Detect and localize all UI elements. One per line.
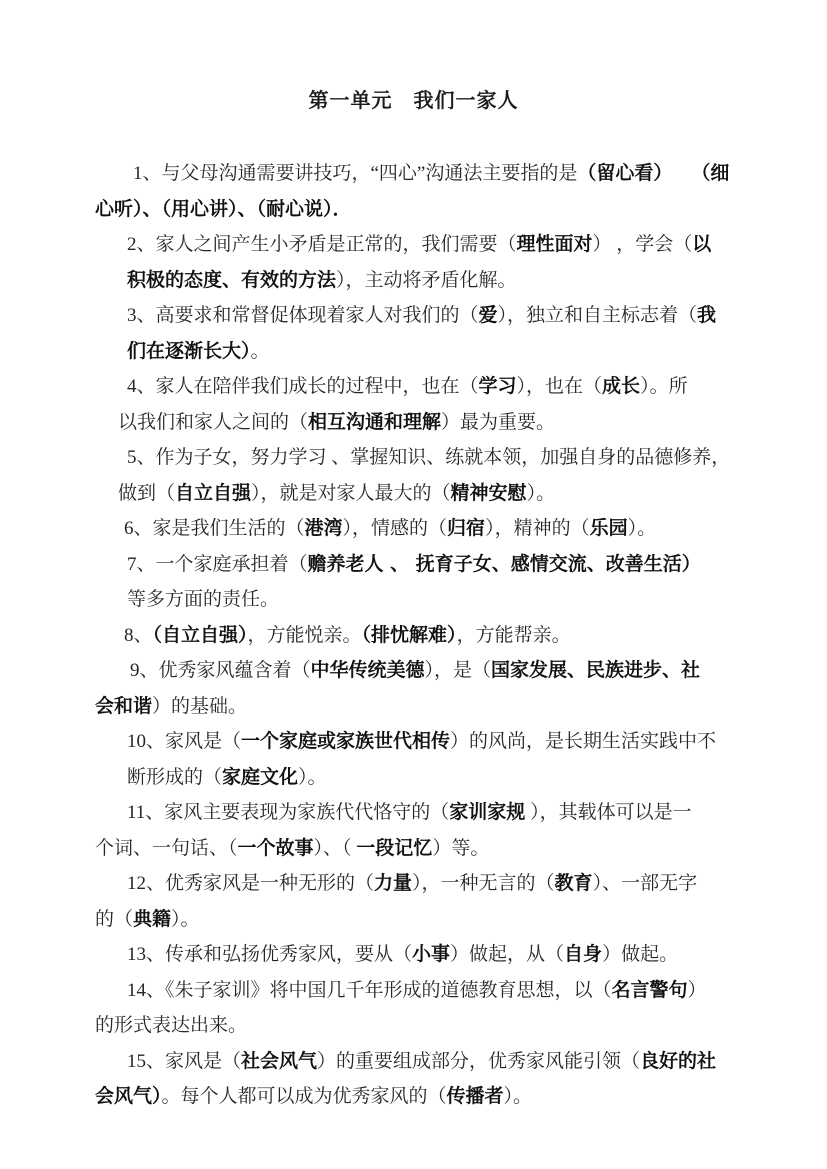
body-text: ），一种无言的（ <box>412 873 555 894</box>
body-text: ），其载体可以是一 <box>525 802 691 823</box>
body-text: ），独立和自主标志着（ <box>498 305 698 326</box>
answer-text: 学习 <box>479 375 517 397</box>
text-line: 会和谐）的基础。 <box>95 689 755 725</box>
body-text: 的（ <box>95 909 133 930</box>
text-line: 等多方面的责任。 <box>95 582 755 618</box>
answer-text: 赡养老人 、 抚育子女、感情交流、改善生活） <box>308 553 701 575</box>
answer-text: 会和谐 <box>95 695 152 717</box>
answer-text: 成长 <box>602 375 640 397</box>
body-text: ）、（ <box>314 838 357 859</box>
answer-text: 以 <box>692 233 711 255</box>
answer-text: （自立自强） <box>153 624 248 646</box>
body-text: ）。 <box>171 909 200 930</box>
body-text: 。 <box>251 341 270 362</box>
text-line: 们在逐渐长大）。 <box>95 334 755 370</box>
answer-text: 积极的态度、有效的方法 <box>127 269 336 291</box>
text-line: 以我们和家人之间的（相互沟通和理解）最为重要。 <box>95 405 755 441</box>
body-text: 以我们和家人之间的（ <box>118 412 308 433</box>
answer-text: （排忧解难） <box>362 624 457 646</box>
answer-text: 社会风气 <box>241 1050 317 1072</box>
answer-text: 理性面对 <box>517 233 593 255</box>
body-text: ），情感的（ <box>343 518 448 539</box>
body-text: ）的风尚，是长期生活实践中不 <box>450 731 716 752</box>
body-text: ）。 <box>527 483 556 504</box>
body-text: 。每个人都可以成为优秀家风的（ <box>162 1086 447 1107</box>
answer-text: 相互沟通和理解 <box>308 411 441 433</box>
text-line: 1、与父母沟通需要讲技巧，“四心”沟通法主要指的是（留心看） （细 <box>95 156 755 192</box>
body-text: 15、家风是（ <box>127 1051 241 1072</box>
text-line: 4、家人在陪伴我们成长的过程中，也在（学习），也在（成长）。所 <box>95 369 755 405</box>
answer-text: 家训家规 <box>449 801 525 823</box>
text-line: 11、家风主要表现为家族代代恪守的（家训家规 ），其载体可以是一 <box>95 795 755 831</box>
body-text: ，方能悦亲。 <box>248 625 362 646</box>
text-line: 12、优秀家风是一种无形的（力量），一种无言的（教育）、一部无字 <box>95 866 755 902</box>
body-text: 的形式表达出来。 <box>95 1015 247 1036</box>
answer-text: 精神安慰 <box>451 482 527 504</box>
body-text: 1、与父母沟通需要讲技巧，“四心”沟通法主要指的是 <box>133 163 577 184</box>
body-text: 9、优秀家风蕴含着（ <box>130 660 311 681</box>
body-text: 3、高要求和常督促体现着家人对我们的（ <box>127 305 479 326</box>
body-text: ）。 <box>298 767 327 788</box>
answer-text: 小事 <box>412 943 450 965</box>
answer-text: 力量 <box>374 872 412 894</box>
body-text: 11、家风主要表现为家族代代恪守的（ <box>127 802 449 823</box>
body-text: 6、家是我们生活的（ <box>124 518 305 539</box>
text-line: 的形式表达出来。 <box>95 1008 755 1044</box>
body-text: ）最为重要。 <box>441 412 555 433</box>
body-text: ）做起，从（ <box>450 944 564 965</box>
answer-text: 传播者 <box>447 1085 504 1107</box>
body-text: ）等。 <box>432 838 489 859</box>
answer-text: （细 <box>701 162 730 184</box>
body-text: 14、《朱子家训》将中国几千年形成的道德教育思想，以（ <box>127 980 612 1001</box>
answer-text: 国家发展、民族进步、社 <box>491 659 700 681</box>
answer-text: 会风气） <box>95 1085 162 1107</box>
text-line: 15、家风是（社会风气）的重要组成部分，优秀家风能引领（良好的社 <box>95 1044 755 1080</box>
body-text: ），主动将矛盾化解。 <box>336 270 517 291</box>
text-line: 2、家人之间产生小矛盾是正常的，我们需要（理性面对） ，学会（以 <box>95 227 755 263</box>
answer-text: 们在逐渐长大） <box>127 340 251 362</box>
text-line: 9、优秀家风蕴含着（中华传统美德），是（国家发展、民族进步、社 <box>95 653 755 689</box>
text-line: 8、（自立自强），方能悦亲。（排忧解难），方能帮亲。 <box>95 618 755 654</box>
body-text: 4、家人在陪伴我们成长的过程中，也在（ <box>127 376 479 397</box>
document-body: 1、与父母沟通需要讲技巧，“四心”沟通法主要指的是（留心看） （细心听）、（用心… <box>95 156 755 1115</box>
body-text: 10、家风是（ <box>127 731 241 752</box>
answer-text: 一个家庭或家族世代相传 <box>241 730 450 752</box>
answer-text: 一个故事 <box>238 837 314 859</box>
answer-text: 归宿 <box>447 517 485 539</box>
body-text: ），精神的（ <box>485 518 590 539</box>
answer-text: 自立自强 <box>175 482 251 504</box>
text-line: 7、一个家庭承担着（赡养老人 、 抚育子女、感情交流、改善生活） <box>95 547 755 583</box>
body-text: ） ，学会（ <box>593 234 693 255</box>
body-text: 2、家人之间产生小矛盾是正常的，我们需要（ <box>127 234 517 255</box>
body-text <box>663 163 701 184</box>
text-line: 10、家风是（一个家庭或家族世代相传）的风尚，是长期生活实践中不 <box>95 724 755 760</box>
text-line: 做到（自立自强），就是对家人最大的（精神安慰）。 <box>95 476 755 512</box>
body-text: 断形成的（ <box>127 767 222 788</box>
body-text: ，方能帮亲。 <box>457 625 571 646</box>
body-text: ） <box>688 980 707 1001</box>
answer-text: 我 <box>697 304 716 326</box>
answer-text: 名言警句 <box>612 979 688 1001</box>
answer-text: 典籍 <box>133 908 171 930</box>
text-line: 5、作为子女，努力学习 、掌握知识、练就本领，加强自身的品德修养， <box>95 440 755 476</box>
body-text: 8、 <box>124 625 153 646</box>
answer-text: 一段记忆 <box>356 837 432 859</box>
body-text: ）。 <box>504 1086 533 1107</box>
text-line: 14、《朱子家训》将中国几千年形成的道德教育思想，以（名言警句） <box>95 973 755 1009</box>
text-line: 会风气）。每个人都可以成为优秀家风的（传播者）。 <box>95 1079 755 1115</box>
body-text: 12、优秀家风是一种无形的（ <box>127 873 374 894</box>
answer-text: 中华传统美德 <box>311 659 425 681</box>
answer-text: 爱 <box>479 304 498 326</box>
body-text: 做到（ <box>118 483 175 504</box>
body-text: ），也在（ <box>517 376 603 397</box>
body-text: ）。 <box>628 518 657 539</box>
text-line: 的（典籍）。 <box>95 902 755 938</box>
answer-text: （留心看） <box>577 162 663 184</box>
answer-text: 心听）、（用心讲）、（耐心说）． <box>95 198 352 220</box>
text-line: 个词、一句话、（一个故事）、（ 一段记忆）等。 <box>95 831 755 867</box>
body-text: 7、一个家庭承担着（ <box>127 554 308 575</box>
body-text: ）的重要组成部分，优秀家风能引领（ <box>317 1051 640 1072</box>
body-text: ），是（ <box>425 660 492 681</box>
page-title: 第一单元 我们一家人 <box>0 0 827 114</box>
document-page: 第一单元 我们一家人 1、与父母沟通需要讲技巧，“四心”沟通法主要指的是（留心看… <box>0 0 827 1169</box>
answer-text: 良好的社 <box>640 1050 716 1072</box>
body-text: 5、作为子女，努力学习 、掌握知识、练就本领，加强自身的品德修养， <box>127 447 730 468</box>
text-line: 6、家是我们生活的（港湾），情感的（归宿），精神的（乐园）。 <box>95 511 755 547</box>
text-line: 断形成的（家庭文化）。 <box>95 760 755 796</box>
text-line: 13、传承和弘扬优秀家风，要从（小事）做起，从（自身）做起。 <box>95 937 755 973</box>
answer-text: 乐园 <box>590 517 628 539</box>
text-line: 积极的态度、有效的方法），主动将矛盾化解。 <box>95 263 755 299</box>
body-text: 个词、一句话、（ <box>95 838 238 859</box>
answer-text: 家庭文化 <box>222 766 298 788</box>
body-text: ）的基础。 <box>152 696 247 717</box>
body-text: ），就是对家人最大的（ <box>251 483 451 504</box>
answer-text: 港湾 <box>305 517 343 539</box>
body-text: 13、传承和弘扬优秀家风，要从（ <box>127 944 412 965</box>
answer-text: 教育 <box>555 872 593 894</box>
text-line: 3、高要求和常督促体现着家人对我们的（爱），独立和自主标志着（我 <box>95 298 755 334</box>
body-text: 等多方面的责任。 <box>127 589 279 610</box>
body-text: ）、一部无字 <box>593 873 698 894</box>
body-text: ）做起。 <box>602 944 678 965</box>
answer-text: 自身 <box>564 943 602 965</box>
text-line: 心听）、（用心讲）、（耐心说）． <box>95 192 755 228</box>
body-text: ）。所 <box>640 376 688 397</box>
